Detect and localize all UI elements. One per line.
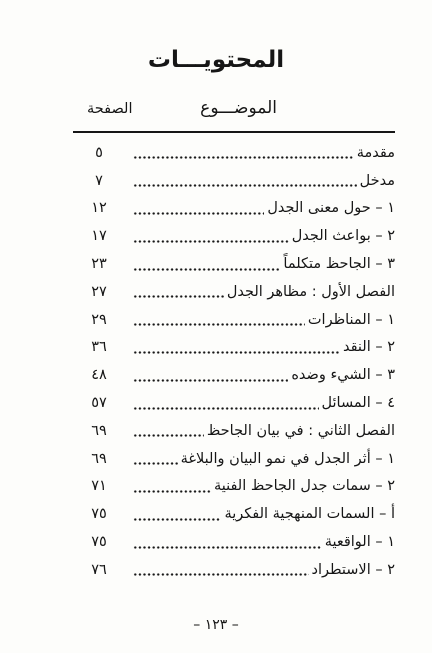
toc-entry: الفصل الأول : مظاهر الجدل ٢٧ [73,278,395,306]
toc-entry-label: ٣ – الجاحظ متكلماً [283,256,395,272]
toc-entry-page: ٧٥ [73,506,125,522]
toc-entry: ١ – أثر الجدل في نمو البيان والبلاغة ٦٩ [73,445,395,473]
column-header-subject: الموضـــوع [200,98,277,118]
toc-entry-page: ٢٩ [73,312,125,328]
dotted-leader [133,546,322,549]
toc-entry-label: مقدمة [357,145,395,161]
toc-entry-page: ٣٦ [73,339,125,355]
toc-entry-label: أ – السمات المنهجية الفكرية [224,506,395,522]
toc-entry-label: الفصل الثاني : في بيان الجاحظ [207,423,395,439]
dotted-leader [133,573,309,576]
toc-entry-page: ٦٩ [73,451,125,467]
toc-entry: ٣ – الشيء وضده ٤٨ [73,361,395,389]
toc-entry-page: ٧ [73,173,125,189]
toc-entry-label: ٢ – سمات جدل الجاحظ الفنية [214,478,395,494]
toc-entry-label: مدخل [360,173,395,189]
dotted-leader [133,295,224,298]
toc-entry-page: ١٧ [73,228,125,244]
dotted-leader [133,323,305,326]
dotted-leader [133,462,178,465]
toc-entry: ٢ – سمات جدل الجاحظ الفنية ٧١ [73,473,395,501]
toc-entry-label: ٣ – الشيء وضده [291,367,395,383]
toc-entry: ٣ – الجاحظ متكلماً ٢٣ [73,250,395,278]
column-header-page: الصفحة [87,101,133,117]
columns-header: الموضـــوع الصفحة [73,98,395,124]
toc-entry: ٢ – بواعث الجدل ١٧ [73,222,395,250]
toc-entry: مدخل ٧ [73,167,395,195]
toc-entry-page: ٤٨ [73,367,125,383]
dotted-leader [133,379,288,382]
toc-entry-label: الفصل الأول : مظاهر الجدل [227,284,395,300]
content-area: الموضـــوع الصفحة مقدمة ٥ مدخل ٧ ١ – حول… [73,98,395,584]
page-title: المحتويـــات [0,0,432,76]
toc-entry-label: ٢ – الاستطراد [312,562,395,578]
dotted-leader [133,268,280,271]
toc-entry: الفصل الثاني : في بيان الجاحظ ٦٩ [73,417,395,445]
toc-entry-label: ١ – حول معنى الجدل [267,200,395,216]
toc-entry-page: ٧١ [73,478,125,494]
toc-entry: ١ – حول معنى الجدل ١٢ [73,195,395,223]
toc-entry-label: ١ – الواقعية [325,534,395,550]
toc-entry-page: ٢٣ [73,256,125,272]
toc-entry: ٢ – الاستطراد ٧٦ [73,556,395,584]
toc-entry-page: ٥٧ [73,395,125,411]
toc-entry-label: ٢ – بواعث الجدل [292,228,395,244]
dotted-leader [133,156,354,159]
toc-entry-page: ٧٦ [73,562,125,578]
page-number-footer: – ١٢٣ – [0,617,432,633]
toc-entry: ١ – المناظرات ٢٩ [73,306,395,334]
toc-list: مقدمة ٥ مدخل ٧ ١ – حول معنى الجدل ١٢ ٢ –… [73,139,395,584]
toc-entry-label: ٤ – المسائل [322,395,395,411]
toc-entry: ١ – الواقعية ٧٥ [73,528,395,556]
book-page: المحتويـــات الموضـــوع الصفحة مقدمة ٥ م… [0,0,432,653]
dotted-leader [133,490,211,493]
toc-entry-page: ١٢ [73,200,125,216]
dotted-leader [133,240,289,243]
dotted-leader [133,351,340,354]
dotted-leader [133,212,264,215]
toc-entry-page: ٧٥ [73,534,125,550]
dotted-leader [133,184,357,187]
dotted-leader [133,518,221,521]
dotted-leader [133,434,204,437]
toc-entry-label: ٢ – النقد [343,339,395,355]
toc-entry-page: ٢٧ [73,284,125,300]
toc-entry-label: ١ – المناظرات [308,312,395,328]
toc-entry-page: ٥ [73,145,125,161]
header-divider [73,131,395,133]
toc-entry: ٢ – النقد ٣٦ [73,334,395,362]
toc-entry-label: ١ – أثر الجدل في نمو البيان والبلاغة [181,451,395,467]
toc-entry-page: ٦٩ [73,423,125,439]
dotted-leader [133,407,319,410]
toc-entry: مقدمة ٥ [73,139,395,167]
toc-entry: ٤ – المسائل ٥٧ [73,389,395,417]
toc-entry: أ – السمات المنهجية الفكرية ٧٥ [73,500,395,528]
